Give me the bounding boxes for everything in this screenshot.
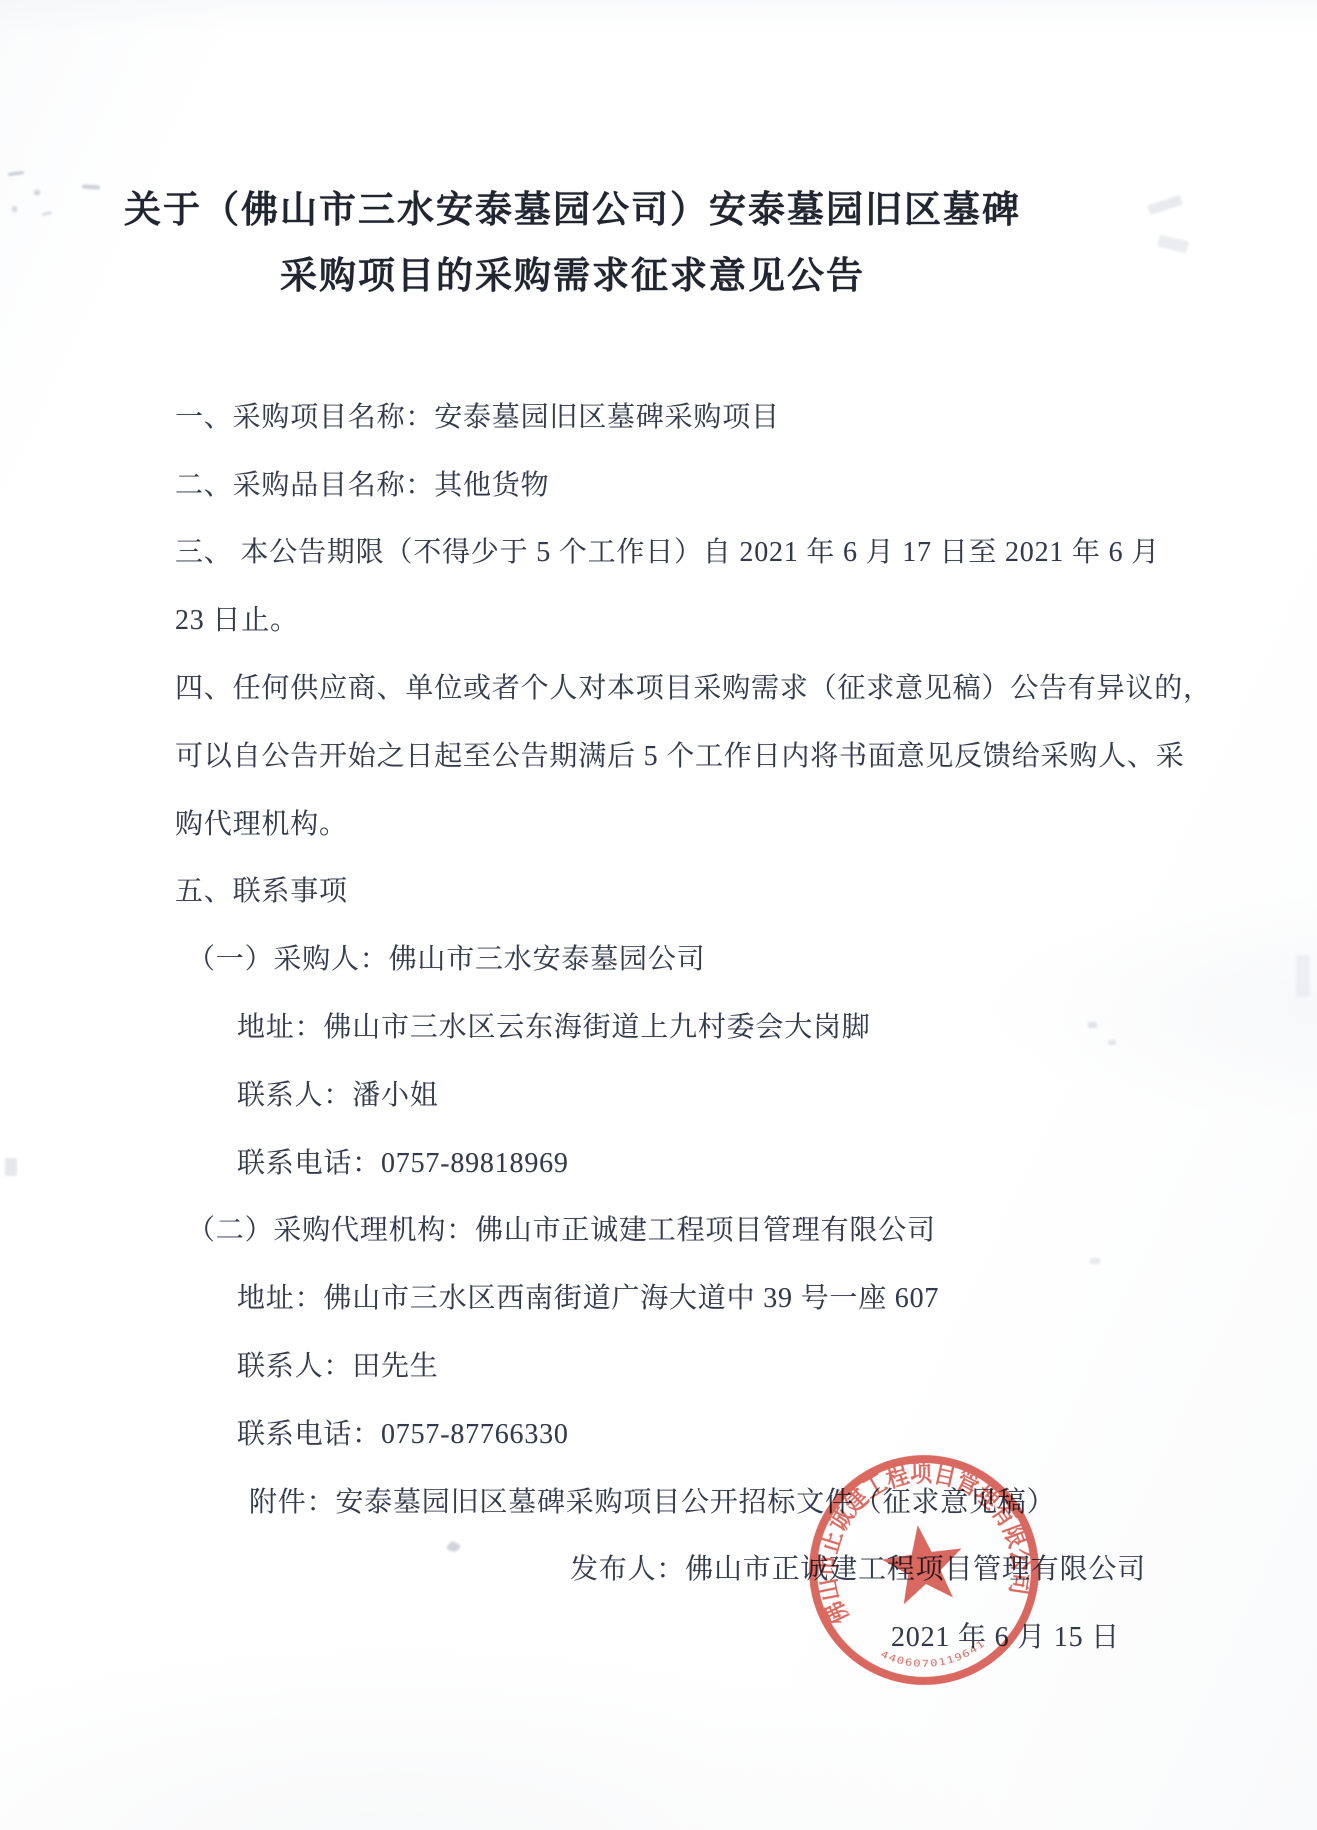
document-line: 购代理机构。 <box>175 788 1150 856</box>
document-line: 联系人：田先生 <box>175 1330 1150 1398</box>
scan-smudge <box>1296 955 1310 997</box>
scan-smudge <box>1147 195 1182 215</box>
document-line: 23 日止。 <box>175 584 1150 652</box>
document-line: 联系人：潘小姐 <box>175 1059 1150 1127</box>
document-title-line-2: 采购项目的采购需求征求意见公告 <box>0 244 1145 310</box>
document-line: （二）采购代理机构：佛山市正诚建工程项目管理有限公司 <box>175 1195 1150 1263</box>
document-line: 二、采购品目名称：其他货物 <box>175 449 1150 517</box>
scanned-document-page: 关于（佛山市三水安泰墓园公司）安泰墓园旧区墓碑 采购项目的采购需求征求意见公告 … <box>0 0 1317 1830</box>
document-line: 可以自公告开始之日起至公告期满后 5 个工作日内将书面意见反馈给采购人、采 <box>175 720 1150 788</box>
document-line: 地址：佛山市三水区西南街道广海大道中 39 号一座 607 <box>175 1262 1150 1330</box>
document-line: 四、任何供应商、单位或者个人对本项目采购需求（征求意见稿）公告有异议的， <box>175 652 1150 720</box>
scan-smudge <box>1157 235 1189 254</box>
scan-smudge <box>5 1158 17 1176</box>
document-line: 联系电话：0757-89818969 <box>175 1127 1150 1195</box>
company-seal: 佛山市正诚建工程项目管理有限公司 4406070119641 <box>782 1428 1067 1713</box>
document-line: 地址：佛山市三水区云东海街道上九村委会大岗脚 <box>175 991 1150 1059</box>
document-line: （一）采购人：佛山市三水安泰墓园公司 <box>175 923 1150 991</box>
document-line: 一、采购项目名称：安泰墓园旧区墓碑采购项目 <box>175 381 1150 449</box>
document-line: 三、 本公告期限（不得少于 5 个工作日）自 2021 年 6 月 17 日至 … <box>175 517 1150 585</box>
document-title: 关于（佛山市三水安泰墓园公司）安泰墓园旧区墓碑 采购项目的采购需求征求意见公告 <box>0 178 1145 310</box>
scan-smudge <box>8 171 24 176</box>
document-line: 五、联系事项 <box>175 856 1150 924</box>
seal-star-icon <box>878 1519 968 1606</box>
document-title-line-1: 关于（佛山市三水安泰墓园公司）安泰墓园旧区墓碑 <box>0 178 1145 244</box>
